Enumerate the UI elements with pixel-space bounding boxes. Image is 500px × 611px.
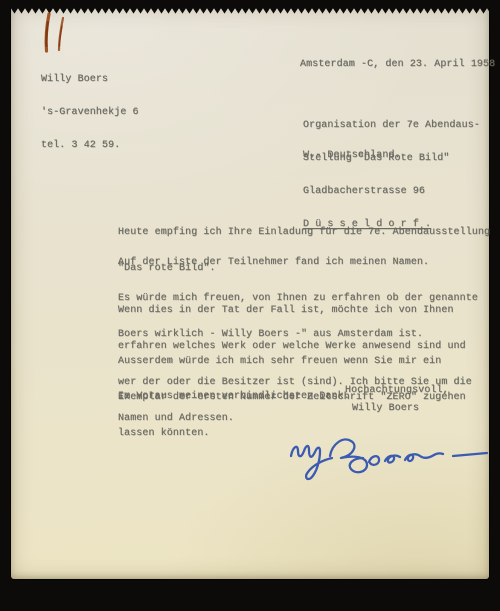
body-paragraph-5: Im Voraus meinen verbindlichsten Dank.	[118, 367, 350, 427]
sender-phone: tel. 3 42 59.	[41, 140, 139, 151]
typed-signature-name: Willy Boers	[352, 403, 419, 415]
sender-street: 's-Gravenhekje 6	[41, 107, 139, 118]
sender-block: Willy Boers 's-Gravenhekje 6 tel. 3 42 5…	[41, 52, 139, 173]
dateline: Amsterdam -C, den 23. April 1958	[300, 59, 495, 71]
signature-ink-path	[291, 446, 332, 479]
body-line: Wenn dies in der Tat der Fall ist, möcht…	[118, 305, 472, 317]
scanned-letter-page: Willy Boers 's-Gravenhekje 6 tel. 3 42 5…	[0, 0, 500, 611]
recipient-line-1: Organisation der 7e Abendaus-	[303, 120, 480, 131]
sender-name: Willy Boers	[41, 74, 139, 85]
red-tally-mark	[37, 8, 81, 58]
letter-paper: Willy Boers 's-Gravenhekje 6 tel. 3 42 5…	[11, 6, 489, 579]
handwritten-signature	[277, 420, 499, 486]
recipient-street: Gladbacherstrasse 96	[303, 186, 480, 197]
body-line: Im Voraus meinen verbindlichsten Dank.	[118, 391, 350, 403]
recipient-country: W.- Deutschland.	[303, 150, 401, 162]
deckled-top-edge-graphic	[11, 5, 489, 15]
closing-salutation: Hochachtungsvoll,	[345, 385, 449, 397]
body-line: Auf der Liste der Teilnehmer fand ich me…	[118, 257, 478, 269]
